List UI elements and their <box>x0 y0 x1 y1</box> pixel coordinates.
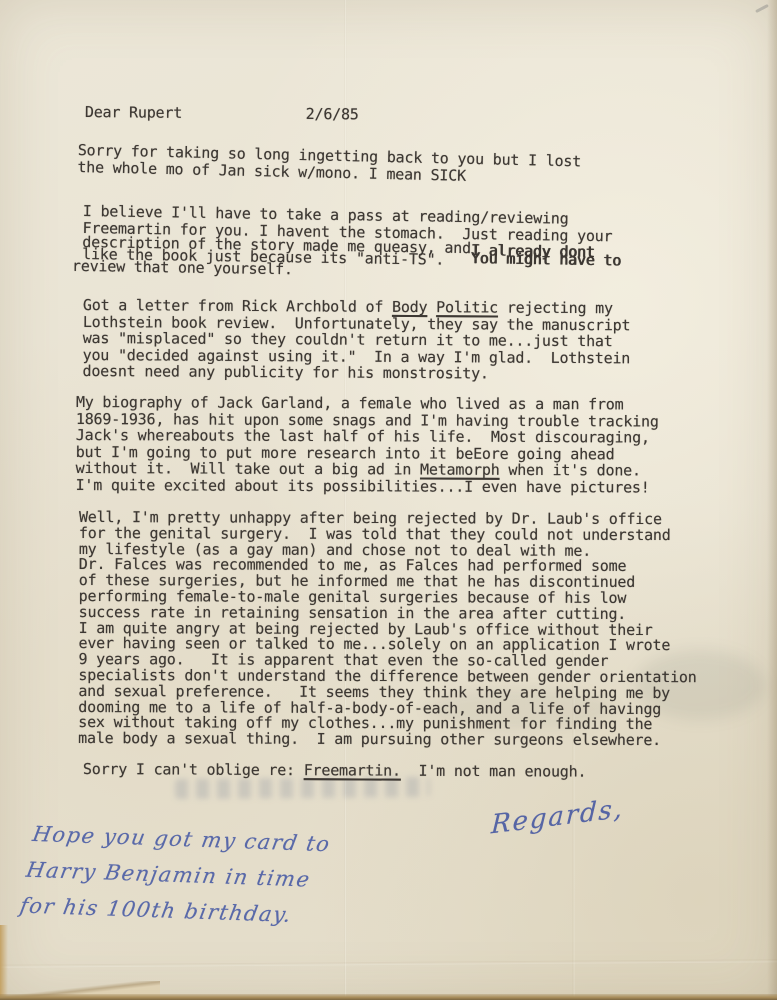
bleed-through-text-ghost <box>175 777 430 799</box>
text-segment: review that one yourself. <box>72 257 293 278</box>
letter-line: Dear Rupert 2/6/85 <box>85 104 765 127</box>
handwritten-closing: Regards, <box>490 794 624 841</box>
letter-paragraph: Got a letter from Rick Archbold of Body … <box>82 297 764 384</box>
text-segment: Freemartin. <box>304 761 401 780</box>
letter-paragraph: Well, I'm pretty unhappy after being rej… <box>78 510 765 749</box>
letter-body: Dear Rupert 2/6/85Sorry for taking so lo… <box>75 104 765 778</box>
text-segment: rejecting my <box>498 298 613 317</box>
text-segment <box>182 104 306 123</box>
text-segment: You might have to <box>471 249 621 269</box>
letter-paragraph: Dear Rupert 2/6/85 <box>85 104 765 127</box>
text-segment: doesnt need any publicity for his monstr… <box>82 362 488 382</box>
letter-paragraph: Sorry I can't oblige re: Freemartin. I'm… <box>83 761 765 781</box>
text-segment: Politic <box>436 298 498 316</box>
page-edge-bottom <box>0 994 777 1000</box>
text-segment: Body <box>392 298 427 316</box>
text-segment: I'm not man enough. <box>401 762 587 781</box>
letter-line: doesnt need any publicity for his monstr… <box>82 363 764 384</box>
letter-line: male body a sexual thing. I am pursuing … <box>78 731 764 749</box>
letter-paragraph: I believe I'll have to take a pass at re… <box>82 203 765 286</box>
letter-date: 2/6/85 <box>306 105 359 123</box>
horizontal-wrinkle <box>0 959 777 967</box>
salutation: Dear Rupert <box>85 103 182 122</box>
text-segment: male body a sexual thing. I am pursuing … <box>78 729 661 749</box>
letter-line: Sorry I can't oblige re: Freemartin. I'm… <box>83 761 765 781</box>
text-segment: Metamorph <box>420 461 500 479</box>
scanned-letter-page: Dear Rupert 2/6/85Sorry for taking so lo… <box>0 0 777 1000</box>
text-segment: Sorry I can't oblige re: <box>83 760 304 779</box>
letter-paragraph: My biography of Jack Garland, a female w… <box>76 394 765 497</box>
letter-line: I'm quite excited about its possibilitie… <box>76 477 765 497</box>
letter-paragraph: Sorry for taking so long ingetting back … <box>77 142 765 191</box>
page-edge-shadow-right <box>767 0 777 1000</box>
handwritten-note: Hope you got my card to Harry Benjamin i… <box>17 816 376 935</box>
text-segment: I'm quite excited about its possibilitie… <box>76 476 650 497</box>
text-segment: when it's done. <box>500 461 641 480</box>
